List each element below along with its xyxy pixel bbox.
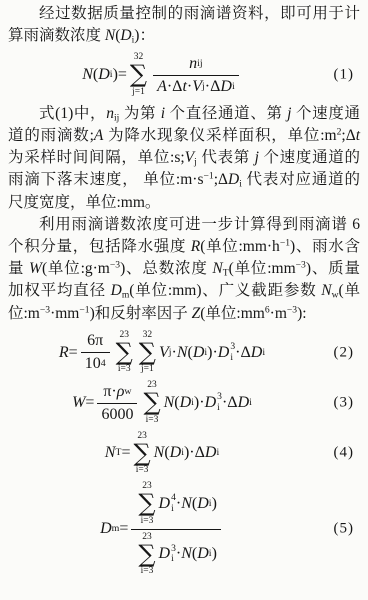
sum-operator: 23 ∑ i=3 bbox=[134, 431, 151, 476]
paragraph-intro: 经过数据质量控制的雨滴谱资料，即可用于计算雨滴数浓度 N(Di)： bbox=[8, 3, 360, 47]
numerator: nij bbox=[185, 55, 207, 75]
paragraph-integral-quantities: 利用雨滴谱数浓度可进一步计算得到雨滴谱 6 个积分量，包括降水强度 R(单位:m… bbox=[8, 214, 360, 325]
coefficient-fraction: π·ρw 6000 bbox=[97, 383, 137, 424]
sigma-icon: ∑ bbox=[116, 341, 133, 365]
equation-5: Dm= 23 ∑ i=3 D4i·N(Di) 23 ∑ i=3 D3i·N(Di… bbox=[8, 481, 360, 577]
sigma-icon: ∑ bbox=[134, 442, 151, 466]
fraction: nij A·Δt·Vj·ΔDi bbox=[153, 55, 239, 96]
sum-operator: 32 ∑ j=1 bbox=[130, 52, 147, 97]
sigma-icon: ∑ bbox=[138, 543, 155, 567]
equation-3: W= π·ρw 6000 23 ∑ i=3 N(Di)·D3i·ΔDi (3) bbox=[8, 380, 360, 425]
sum-lower-limit: i=3 bbox=[146, 415, 159, 426]
sum-operator: 32 ∑ j=1 bbox=[139, 330, 156, 375]
sigma-icon: ∑ bbox=[139, 341, 156, 365]
sum-lower-limit: j=1 bbox=[141, 364, 154, 375]
coefficient-fraction: 6π 104 bbox=[81, 332, 110, 373]
formula-lhs: NT= bbox=[105, 444, 131, 462]
equation-number: (2) bbox=[334, 344, 355, 361]
sum-lower-limit: j=1 bbox=[132, 87, 145, 98]
formula-lhs: R= bbox=[59, 344, 78, 362]
paragraph-symbol-definitions: 式(1)中，nij 为第 i 个直径通道、第 j 个速度通道的雨滴数;A 为降水… bbox=[8, 103, 360, 214]
denominator: 23 ∑ i=3 D3i·N(Di) bbox=[131, 529, 220, 577]
sum-operator: 23 ∑ i=3 bbox=[143, 380, 160, 425]
equation-number: (1) bbox=[334, 67, 355, 84]
denominator: 104 bbox=[81, 352, 110, 373]
formula-rhs: N(Di)·D3i·ΔDi bbox=[164, 392, 252, 413]
formula-rhs: Vj·N(Di)·D3i·ΔDi bbox=[159, 342, 265, 363]
sigma-icon: ∑ bbox=[130, 63, 147, 87]
sum-operator: 23 ∑ i=3 bbox=[138, 532, 155, 577]
sigma-icon: ∑ bbox=[143, 391, 160, 415]
numerator-terms: D4i·N(Di) bbox=[159, 493, 217, 514]
sum-lower-limit: i=3 bbox=[141, 516, 154, 527]
paper-page: 经过数据质量控制的雨滴谱资料，即可用于计算雨滴数浓度 N(Di)： N(Di)=… bbox=[0, 0, 368, 600]
numerator: 23 ∑ i=3 D4i·N(Di) bbox=[131, 481, 220, 528]
formula-lhs: N(Di)= bbox=[82, 66, 127, 84]
sigma-icon: ∑ bbox=[138, 492, 155, 516]
sum-lower-limit: i=3 bbox=[118, 364, 131, 375]
equation-number: (4) bbox=[334, 445, 355, 462]
formula-lhs: Dm= bbox=[100, 520, 128, 538]
formula-lhs: W= bbox=[72, 394, 94, 412]
equation-2: R= 6π 104 23 ∑ i=3 32 ∑ j=1 Vj·N(Di)·D3i… bbox=[8, 330, 360, 375]
sum-operator: 23 ∑ i=3 bbox=[138, 481, 155, 526]
sum-lower-limit: i=3 bbox=[141, 566, 154, 577]
equation-1: N(Di)= 32 ∑ j=1 nij A·Δt·Vj·ΔDi (1) bbox=[8, 52, 360, 97]
equation-number: (5) bbox=[334, 521, 355, 538]
numerator: π·ρw bbox=[99, 383, 135, 403]
equation-4: NT= 23 ∑ i=3 N(Di)·ΔDi (4) bbox=[8, 431, 360, 476]
formula-rhs: N(Di)·ΔDi bbox=[154, 444, 220, 462]
denominator: A·Δt·Vj·ΔDi bbox=[153, 75, 239, 96]
sum-operator: 23 ∑ i=3 bbox=[116, 330, 133, 375]
equation-number: (3) bbox=[334, 395, 355, 412]
numerator: 6π bbox=[83, 332, 107, 352]
denominator-terms: D3i·N(Di) bbox=[159, 544, 217, 565]
main-fraction: 23 ∑ i=3 D4i·N(Di) 23 ∑ i=3 D3i·N(Di) bbox=[131, 481, 220, 577]
sum-lower-limit: i=3 bbox=[136, 465, 149, 476]
denominator: 6000 bbox=[97, 403, 137, 424]
